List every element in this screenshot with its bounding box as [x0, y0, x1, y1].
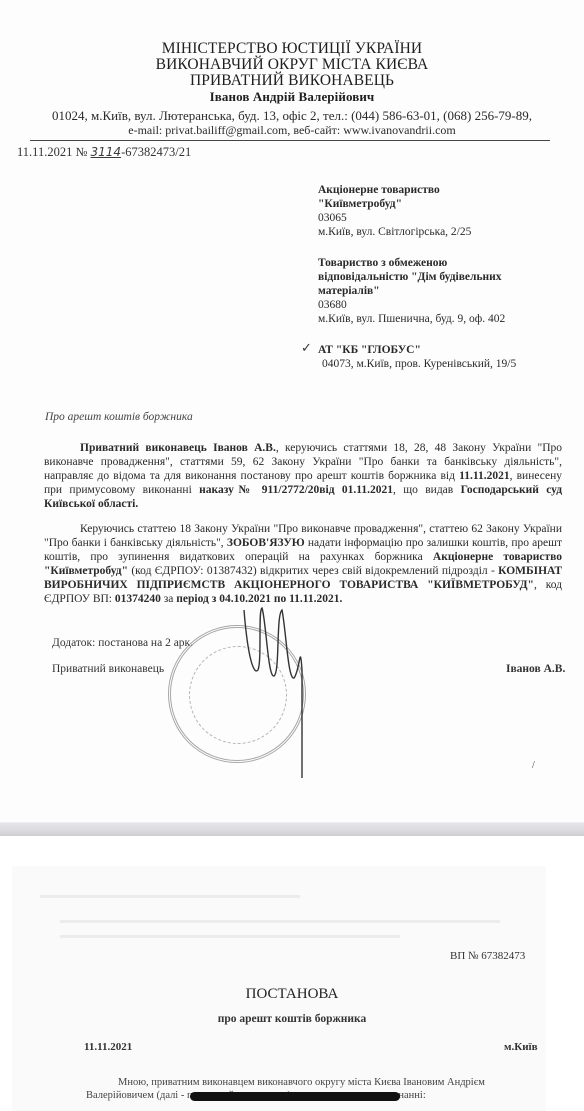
- recipient-1-address: м.Київ, вул. Світлогірська, 2/25: [318, 225, 471, 239]
- checkmark-icon: ✓: [301, 341, 312, 356]
- recipient-3: АТ "КБ "ГЛОБУС" 04073, м.Київ, пров. Кур…: [318, 343, 516, 371]
- letter-page-2: [0, 836, 584, 1111]
- body-paragraph-2: Керуючись статтею 18 Закону України "Про…: [44, 522, 562, 606]
- handwritten-signature-icon: [240, 600, 310, 780]
- enforcement-number: ВП № 67382473: [450, 950, 525, 962]
- recipient-2-name: Товариство з обмеженою: [318, 257, 447, 269]
- reference-date: 11.11.2021: [17, 145, 72, 159]
- decree-city: м.Київ: [504, 1041, 538, 1053]
- branch-code: 01374240: [115, 593, 161, 605]
- outgoing-reference: 11.11.2021 № 3114-67382473/21: [17, 145, 191, 160]
- recipient-2-name-3: матеріалів": [318, 285, 380, 297]
- decree-intro-line-1: Мною, приватним виконавцем виконавчого о…: [86, 1076, 526, 1089]
- faded-line: [40, 895, 300, 898]
- decree-title: ПОСТАНОВА: [0, 986, 584, 1003]
- signer-role: Приватний виконавець: [52, 663, 164, 675]
- recipient-3-address: 04073, м.Київ, пров. Куренівський, 19/5: [318, 357, 516, 371]
- reference-no-label: №: [75, 145, 87, 159]
- executor-ref: Приватний виконавець Іванов А.В.: [80, 442, 276, 454]
- recipient-1: Акціонерне товариство "Київметробуд" 030…: [318, 183, 471, 239]
- recipient-3-name: АТ "КБ "ГЛОБУС": [318, 344, 421, 356]
- handwritten-number: 3114: [91, 145, 122, 159]
- recipient-1-name: Акціонерне товариство: [318, 184, 440, 196]
- reference-suffix: -67382473/21: [121, 145, 191, 159]
- decree-subtitle: про арешт коштів боржника: [0, 1013, 584, 1025]
- page-separator: [0, 822, 584, 836]
- p2-text-3: (код ЄДРПОУ: 01387432) відкритих через с…: [128, 565, 498, 577]
- decision-date: 11.11.2021: [459, 470, 509, 482]
- ministry-title: МІНІСТЕРСТВО ЮСТИЦІЇ УКРАЇНИ: [0, 41, 584, 56]
- recipient-2: Товариство з обмеженою відповідальністю …: [318, 256, 505, 326]
- attachment-note: Додаток: постанова на 2 арк.: [52, 637, 193, 649]
- p2-text-5: за: [161, 593, 176, 605]
- p1-text-3: , що видав: [393, 484, 461, 496]
- executor-address: 01024, м.Київ, вул. Лютеранська, буд. 13…: [0, 108, 584, 123]
- redaction-bar: [190, 1092, 400, 1101]
- faded-line: [60, 920, 500, 923]
- letter-subject: Про арешт коштів боржника: [45, 411, 193, 423]
- executor-name: Іванов Андрій Валерійович: [0, 89, 584, 104]
- mark: /: [532, 760, 535, 771]
- recipient-1-postcode: 03065: [318, 211, 471, 225]
- header-divider: [30, 140, 550, 141]
- obligation: ЗОБОВ'ЯЗУЮ: [227, 537, 305, 549]
- executor-title: ПРИВАТНИЙ ВИКОНАВЕЦЬ: [0, 73, 584, 88]
- signer-name: Іванов А.В.: [506, 663, 565, 675]
- decree-date: 11.11.2021: [84, 1041, 132, 1053]
- faded-line: [60, 935, 400, 938]
- executor-contacts: e-mail: privat.bailiff@gmail.com, веб-са…: [0, 123, 584, 138]
- recipient-2-name-2: відповідальністю "Дім будівельних: [318, 271, 502, 283]
- recipient-2-address: м.Київ, вул. Пшенична, буд. 9, оф. 402: [318, 312, 505, 326]
- body-paragraph-1: Приватний виконавець Іванов А.В., керуюч…: [44, 441, 562, 511]
- district-title: ВИКОНАВЧИЙ ОКРУГ МІСТА КИЄВА: [0, 57, 584, 72]
- recipient-2-postcode: 03680: [318, 298, 505, 312]
- court-order: наказу№ 911/2772/20від 01.11.2021: [199, 484, 393, 496]
- recipient-1-name-2: "Київметробуд": [318, 198, 402, 210]
